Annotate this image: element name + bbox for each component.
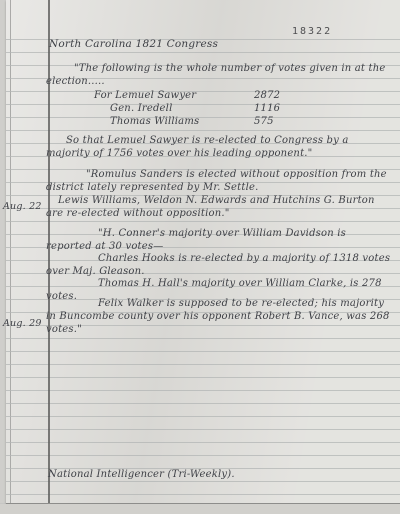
source-citation: National Intelligencer (Tri-Weekly). bbox=[48, 468, 348, 481]
paragraph-sanders-elected: "Romulus Sanders is elected without oppo… bbox=[46, 168, 392, 194]
background-below-paper bbox=[0, 504, 400, 514]
paragraph-williams-edwards-burton: Lewis Williams, Weldon N. Edwards and Hu… bbox=[46, 194, 393, 220]
paragraph-conner-majority: "H. Conner's majority over William David… bbox=[46, 227, 394, 253]
paragraph-sawyer-majority: So that Lemuel Sawyer is re-elected to C… bbox=[46, 134, 391, 160]
paragraph-hooks-reelected: Charles Hooks is re-elected by a majorit… bbox=[46, 252, 392, 278]
intro-quote: "The following is the whole number of vo… bbox=[46, 62, 391, 88]
page-title: North Carolina 1821 Congress bbox=[49, 38, 309, 51]
vote-table-row: Gen. Iredell 1116 bbox=[94, 102, 344, 115]
margin-note-aug-22: Aug. 22 bbox=[3, 200, 45, 213]
candidate-name: Gen. Iredell bbox=[110, 102, 254, 115]
vote-table: For Lemuel Sawyer 2872 Gen. Iredell 1116… bbox=[94, 89, 344, 128]
vote-table-row: Thomas Williams 575 bbox=[94, 115, 344, 128]
vote-table-row: For Lemuel Sawyer 2872 bbox=[94, 89, 344, 102]
vote-count: 2872 bbox=[254, 89, 314, 102]
paragraph-walker-reelected: Felix Walker is supposed to be re-electe… bbox=[46, 297, 393, 336]
margin-note-aug-29: Aug. 29 bbox=[3, 317, 45, 330]
candidate-name: Thomas Williams bbox=[110, 115, 254, 128]
archive-stamp-number: 18322 bbox=[292, 25, 332, 38]
vote-count: 575 bbox=[254, 115, 314, 128]
vote-count: 1116 bbox=[254, 102, 314, 115]
candidate-name: For Lemuel Sawyer bbox=[94, 89, 254, 102]
